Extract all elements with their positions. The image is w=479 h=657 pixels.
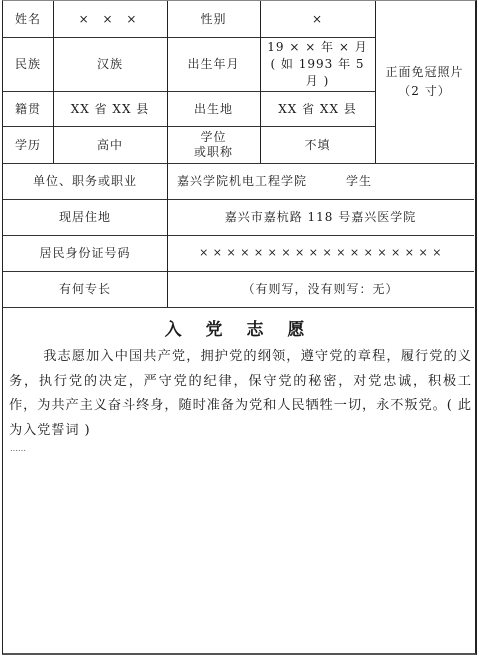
application-statement-body: 我志愿加入中国共产党，拥护党的纲领，遵守党的章程，履行党的义务，执行党的决定，严… bbox=[6, 345, 472, 443]
application-statement-title: 入 党 志 愿 bbox=[6, 317, 472, 343]
label-specialty: 有何专长 bbox=[3, 271, 167, 307]
field-residence[interactable]: 嘉兴市嘉杭路 118 号嘉兴医学院 bbox=[167, 199, 474, 235]
field-birthplace[interactable]: XX 省 XX 县 bbox=[260, 91, 375, 126]
field-education[interactable]: 高中 bbox=[53, 126, 167, 163]
field-birth-date[interactable]: 19 × × 年 × 月 ( 如 1993 年 5 月 ) bbox=[260, 37, 375, 91]
label-residence: 现居住地 bbox=[3, 199, 167, 235]
photo-label: 正面免冠照片 bbox=[385, 63, 463, 82]
label-degree-title: 学位 或职称 bbox=[167, 126, 260, 163]
application-statement-section[interactable]: 入 党 志 愿 我志愿加入中国共产党，拥护党的纲领，遵守党的章程，履行党的义务，… bbox=[6, 311, 472, 455]
oath-text: 我志愿加入中国共产党，拥护党的纲领，遵守党的章程，履行党的义务，执行党的决定，严… bbox=[9, 349, 472, 438]
photo-placeholder[interactable]: 正面免冠照片 （2 寸） bbox=[375, 1, 474, 163]
degree-title-line-1: 学位 bbox=[200, 130, 226, 145]
field-native-place[interactable]: XX 省 XX 县 bbox=[53, 91, 167, 126]
field-specialty[interactable]: （有则写，没有则写：无） bbox=[167, 271, 474, 307]
field-ethnicity[interactable]: 汉族 bbox=[53, 37, 167, 91]
label-employer-position: 单位、职务或职业 bbox=[3, 163, 167, 199]
row-divider bbox=[3, 307, 474, 308]
party-application-form: 姓名 × × × 性别 × 民族 汉族 出生年月 19 × × 年 × 月 ( … bbox=[2, 0, 477, 655]
degree-title-line-2: 或职称 bbox=[194, 145, 233, 160]
label-birthplace: 出生地 bbox=[167, 91, 260, 126]
label-education: 学历 bbox=[3, 126, 53, 163]
photo-size: （2 寸） bbox=[398, 82, 450, 101]
field-id-number[interactable]: × × × × × × × × × × × × × × × × × × bbox=[167, 235, 474, 271]
label-gender: 性别 bbox=[167, 1, 260, 37]
label-name: 姓名 bbox=[3, 1, 53, 37]
field-name[interactable]: × × × bbox=[53, 1, 167, 37]
birth-date-line-2: ( 如 1993 年 5 bbox=[270, 56, 364, 73]
continuation-ellipsis: …… bbox=[10, 443, 472, 455]
label-id-number: 居民身份证号码 bbox=[3, 235, 167, 271]
field-degree-title[interactable]: 不填 bbox=[260, 126, 375, 163]
birth-date-line-3: 月 ) bbox=[306, 73, 330, 90]
label-native-place: 籍贯 bbox=[3, 91, 53, 126]
field-gender[interactable]: × bbox=[260, 1, 375, 37]
label-ethnicity: 民族 bbox=[3, 37, 53, 91]
field-employer-position[interactable]: 嘉兴学院机电工程学院 学生 bbox=[167, 163, 474, 199]
label-birth-date: 出生年月 bbox=[167, 37, 260, 91]
birth-date-line-1: 19 × × 年 × 月 bbox=[267, 39, 368, 56]
